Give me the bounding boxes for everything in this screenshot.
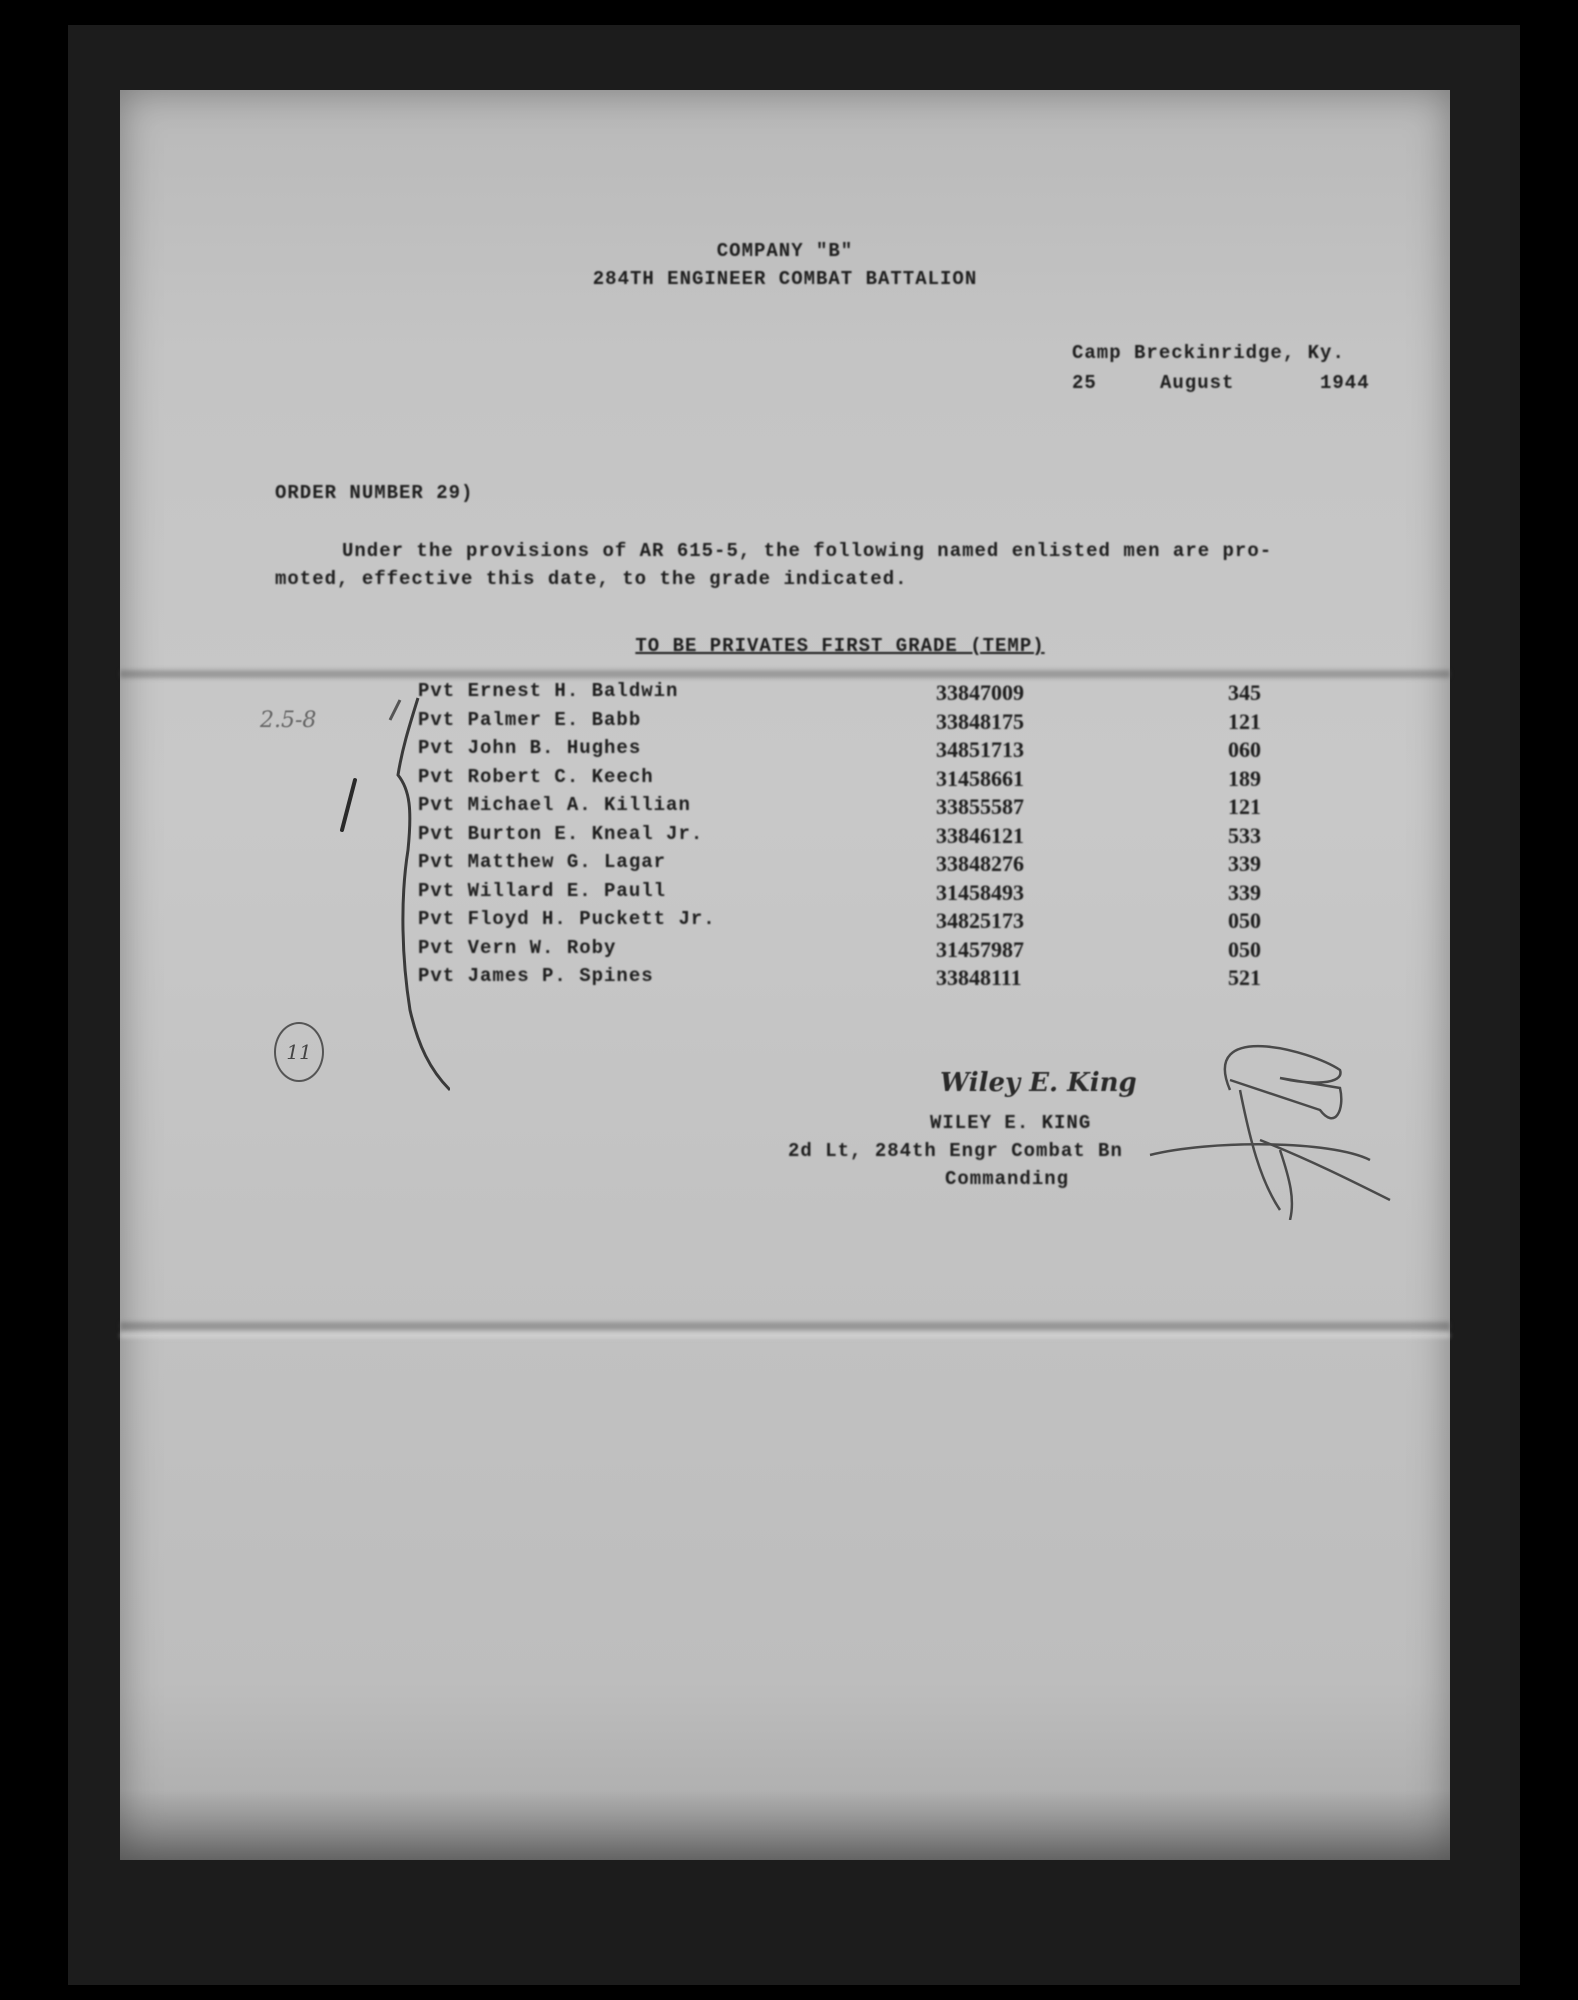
date-month: August: [1160, 372, 1234, 394]
fold-line: [120, 1322, 1450, 1330]
mos-code: 050: [1228, 937, 1261, 963]
serial-number: 34851713: [936, 737, 1024, 763]
fold-line: [120, 670, 1450, 678]
signer-role: Commanding: [945, 1168, 1069, 1190]
soldier-name: Pvt Matthew G. Lagar: [418, 851, 666, 873]
roster-row: Pvt Michael A. Killian33855587121: [418, 794, 1368, 823]
fold-line-highlight: [120, 1333, 1450, 1338]
mos-code: 339: [1228, 880, 1261, 906]
serial-number: 31458493: [936, 880, 1024, 906]
serial-number: 34825173: [936, 908, 1024, 934]
margin-bracket-mark: [290, 690, 450, 1210]
serial-number: 33847009: [936, 680, 1024, 706]
soldier-name: Pvt Burton E. Kneal Jr.: [418, 823, 703, 845]
roster-row: Pvt Matthew G. Lagar33848276339: [418, 851, 1368, 880]
company-header: COMPANY "B": [120, 240, 1450, 262]
roster-row: Pvt Palmer E. Babb33848175121: [418, 709, 1368, 738]
body-line-2: moted, effective this date, to the grade…: [275, 568, 908, 590]
mos-code: 050: [1228, 908, 1261, 934]
place: Camp Breckinridge, Ky.: [1072, 342, 1345, 364]
section-title: TO BE PRIVATES FIRST GRADE (TEMP): [120, 635, 1450, 657]
order-number: ORDER NUMBER 29): [275, 482, 473, 504]
signer-name: WILEY E. KING: [930, 1112, 1091, 1134]
mos-code: 060: [1228, 737, 1261, 763]
handwritten-signature: Wiley E. King: [940, 1068, 1137, 1098]
handwritten-scribble: [1130, 960, 1430, 1220]
roster-row: Pvt Floyd H. Puckett Jr.34825173050: [418, 908, 1368, 937]
soldier-name: Pvt Ernest H. Baldwin: [418, 680, 678, 702]
roster-row: Pvt Robert C. Keech31458661189: [418, 766, 1368, 795]
page-shadow: [120, 1790, 1450, 1860]
serial-number: 33848111: [936, 965, 1022, 991]
roster-row: Pvt Ernest H. Baldwin33847009345: [418, 680, 1368, 709]
mos-code: 339: [1228, 851, 1261, 877]
body-line-1: Under the provisions of AR 615-5, the fo…: [342, 540, 1272, 562]
soldier-name: Pvt Willard E. Paull: [418, 880, 666, 902]
date-day: 25: [1072, 372, 1097, 394]
serial-number: 33848276: [936, 851, 1024, 877]
date-year: 1944: [1320, 372, 1370, 394]
circled-number: 11: [274, 1022, 324, 1082]
serial-number: 31458661: [936, 766, 1024, 792]
soldier-name: Pvt Robert C. Keech: [418, 766, 654, 788]
soldier-name: Pvt James P. Spines: [418, 965, 654, 987]
mos-code: 345: [1228, 680, 1261, 706]
mos-code: 121: [1228, 709, 1261, 735]
serial-number: 33846121: [936, 823, 1024, 849]
roster-row: Pvt Willard E. Paull31458493339: [418, 880, 1368, 909]
battalion-header: 284TH ENGINEER COMBAT BATTALION: [120, 268, 1450, 290]
mos-code: 121: [1228, 794, 1261, 820]
serial-number: 33855587: [936, 794, 1024, 820]
mos-code: 189: [1228, 766, 1261, 792]
roster-row: Pvt John B. Hughes34851713060: [418, 737, 1368, 766]
promotion-roster: Pvt Ernest H. Baldwin33847009345 Pvt Pal…: [418, 680, 1368, 994]
serial-number: 33848175: [936, 709, 1024, 735]
roster-row: Pvt Burton E. Kneal Jr.33846121533: [418, 823, 1368, 852]
soldier-name: Pvt Floyd H. Puckett Jr.: [418, 908, 716, 930]
signer-title: 2d Lt, 284th Engr Combat Bn: [788, 1140, 1123, 1162]
mos-code: 533: [1228, 823, 1261, 849]
soldier-name: Pvt Palmer E. Babb: [418, 709, 641, 731]
document-page: COMPANY "B" 284TH ENGINEER COMBAT BATTAL…: [120, 90, 1450, 1860]
soldier-name: Pvt Michael A. Killian: [418, 794, 691, 816]
serial-number: 31457987: [936, 937, 1024, 963]
soldier-name: Pvt John B. Hughes: [418, 737, 641, 759]
